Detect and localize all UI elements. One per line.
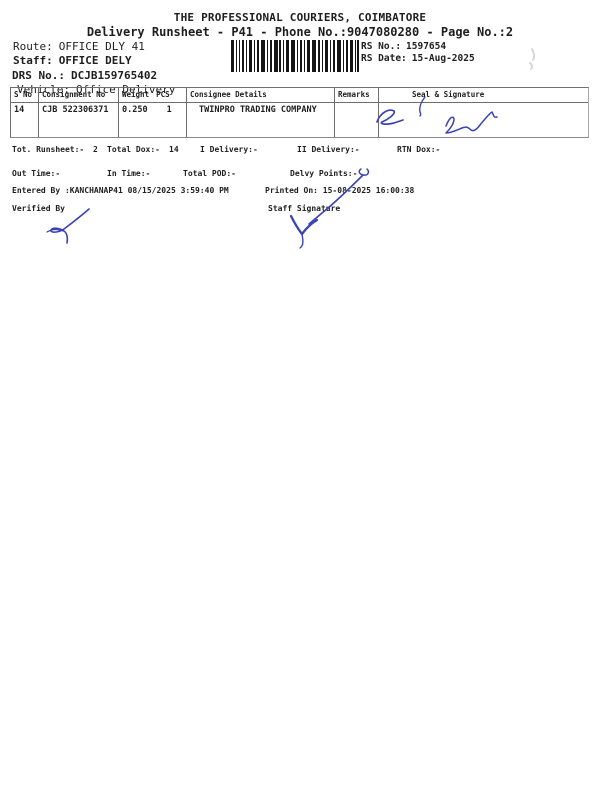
rs-date-line: RS Date:15-Aug-2025 xyxy=(361,53,475,64)
route-line: Route:OFFICE DLY 41 xyxy=(13,40,145,53)
in-time-label: In Time:- xyxy=(107,169,150,179)
total-dox-value: 14 xyxy=(169,145,179,155)
staff-line: Staff:OFFICE DELY xyxy=(13,54,132,67)
drs-value: DCJB159765402 xyxy=(71,69,157,82)
delivery-runsheet-document: THE PROFESSIONAL COURIERS, COIMBATORE De… xyxy=(0,0,600,800)
staff-signature-ink xyxy=(309,175,363,224)
route-value: OFFICE DLY 41 xyxy=(59,40,145,53)
i-delivery-label: I Delivery:- xyxy=(200,145,258,155)
entered-by-text: Entered By :KANCHANAP41 08/15/2025 3:59:… xyxy=(12,186,229,196)
table-row: 14 CJB 522306371 0.2501 TWINPRO TRADING … xyxy=(11,103,588,137)
staff-signature-ink xyxy=(300,234,303,248)
col-header-consignment-no: Consignment No xyxy=(38,88,118,102)
cell-pcs: 1 xyxy=(167,105,172,115)
col-header-weight-pcs: WeightPCS xyxy=(118,88,186,102)
printed-on-text: Printed On: 15-08-2025 16:00:38 xyxy=(265,186,414,196)
col-header-seal-signature: Seal & Signature xyxy=(378,88,588,102)
cell-weight: 0.250 xyxy=(122,105,148,115)
total-pod-label: Total POD:- xyxy=(183,169,236,179)
route-label: Route: xyxy=(13,40,53,53)
rs-no-line: RS No.:1597654 xyxy=(361,41,446,52)
cell-remarks xyxy=(334,103,378,137)
rs-no-value: 1597654 xyxy=(406,41,446,52)
rs-no-label: RS No.: xyxy=(361,41,401,52)
staff-signature-label: Staff Signature xyxy=(268,204,340,214)
staff-signature-ink xyxy=(359,169,368,175)
rtn-dox-label: RTN Dox:- xyxy=(397,145,440,155)
rs-barcode xyxy=(231,40,359,72)
verified-by-signature-ink xyxy=(51,209,89,243)
tot-runsheet-label: Tot. Runsheet:- xyxy=(12,145,84,155)
ii-delivery-label: II Delivery:- xyxy=(297,145,360,155)
cell-consignment-no: CJB 522306371 xyxy=(38,103,118,137)
cell-seal-signature xyxy=(378,103,588,137)
total-dox-label: Total Dox:- xyxy=(107,145,160,155)
verified-by-label: Verified By xyxy=(12,204,65,214)
col-header-consignee: Consignee Details xyxy=(186,88,334,102)
col-header-s-no: S No xyxy=(11,88,38,102)
consignment-table: S No Consignment No WeightPCS Consignee … xyxy=(10,87,589,138)
cell-weight-pcs: 0.2501 xyxy=(118,103,186,137)
rs-date-label: RS Date: xyxy=(361,53,407,64)
delvy-points-label: Delvy Points:- xyxy=(290,169,357,179)
tot-runsheet-value: 2 xyxy=(93,145,98,155)
drs-label: DRS No.: xyxy=(12,69,65,82)
staff-value: OFFICE DELY xyxy=(59,54,132,67)
col-header-remarks: Remarks xyxy=(334,88,378,102)
table-header-row: S No Consignment No WeightPCS Consignee … xyxy=(11,88,588,103)
scan-artifact xyxy=(530,63,532,69)
rs-date-value: 15-Aug-2025 xyxy=(412,53,475,64)
col-header-pcs: PCS xyxy=(156,90,170,99)
scan-artifact xyxy=(532,49,534,60)
drs-line: DRS No.:DCJB159765402 xyxy=(12,69,157,82)
staff-signature-ink xyxy=(291,216,317,234)
out-time-label: Out Time:- xyxy=(12,169,60,179)
cell-consignee: TWINPRO TRADING COMPANY xyxy=(186,103,334,137)
col-header-weight: Weight xyxy=(122,90,149,99)
staff-label: Staff: xyxy=(13,54,53,67)
runsheet-title: Delivery Runsheet - P41 - Phone No.:9047… xyxy=(0,25,600,39)
cell-s-no: 14 xyxy=(11,103,38,137)
company-title: THE PROFESSIONAL COURIERS, COIMBATORE xyxy=(0,11,600,24)
verified-by-signature-ink xyxy=(47,230,63,232)
